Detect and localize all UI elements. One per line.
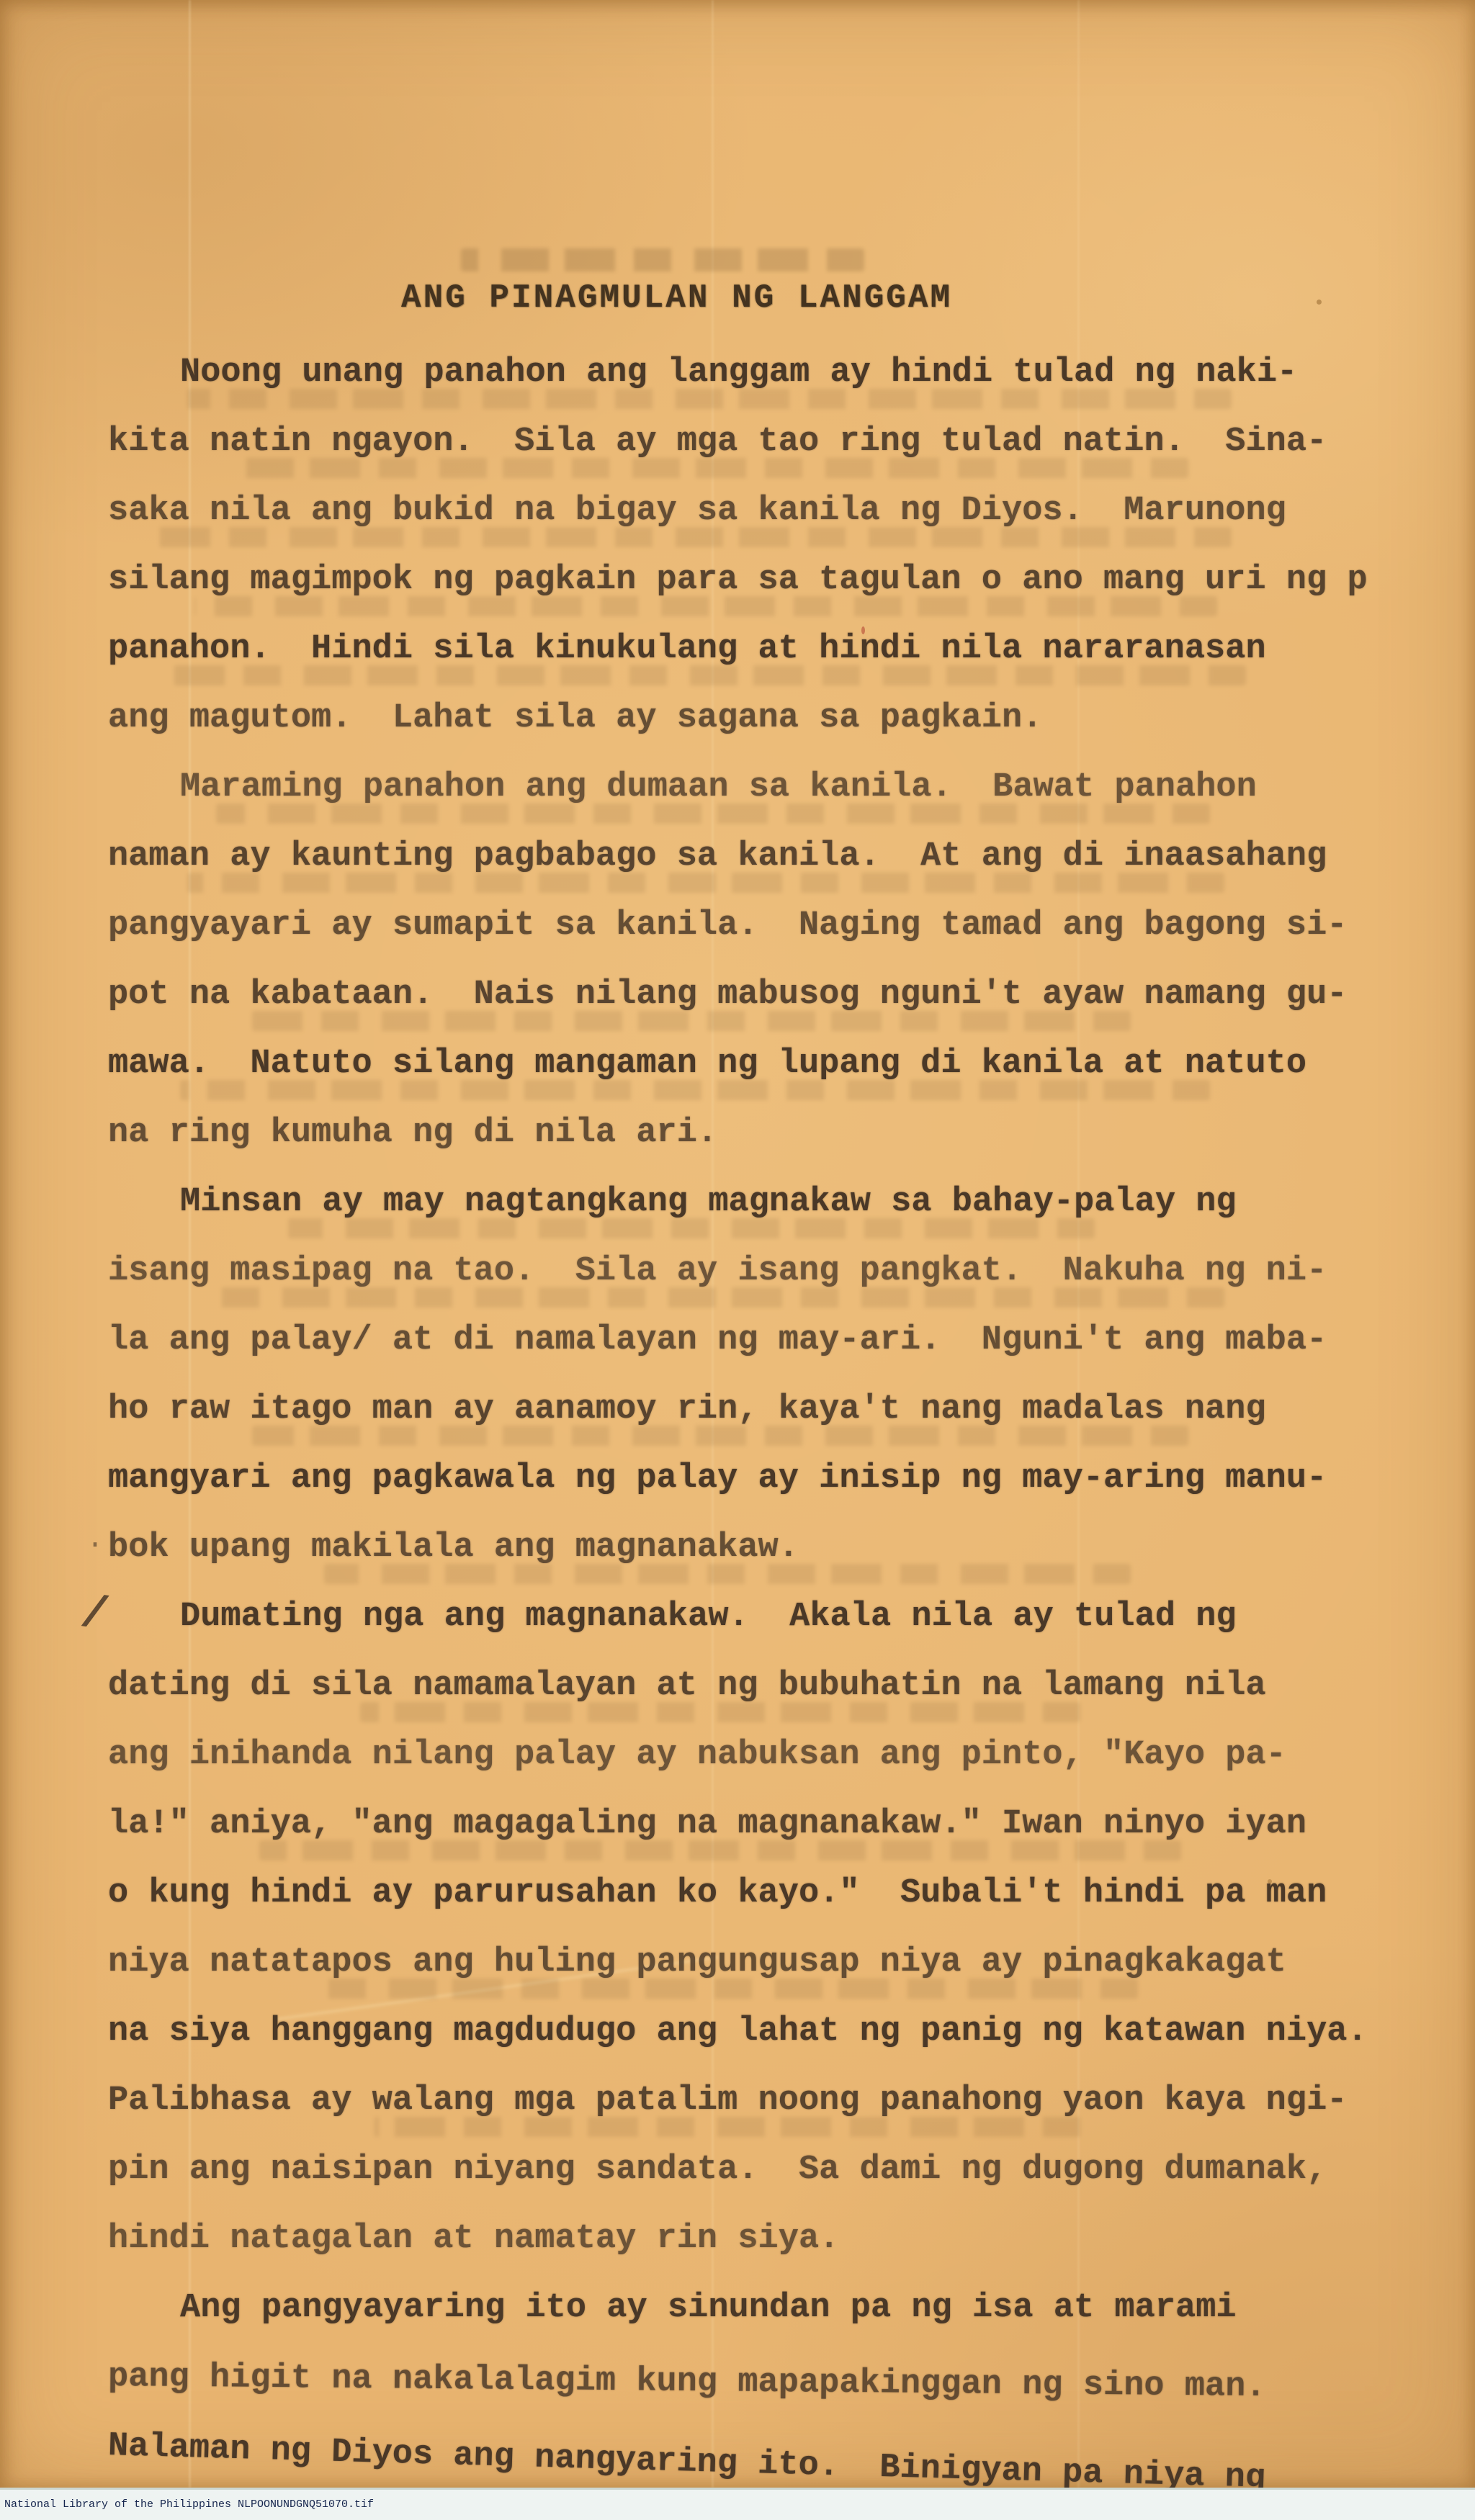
- text-line: Dumating nga ang magnanakaw. Akala nila …: [108, 1583, 1404, 1652]
- paper-speck: [1317, 300, 1322, 305]
- text-line: panahon. Hindi sila kinukulang at hindi …: [108, 615, 1404, 684]
- text-line: mawa. Natuto silang mangaman ng lupang d…: [108, 1030, 1404, 1099]
- document-body: Noong unang panahon ang langgam ay hindi…: [108, 338, 1404, 2481]
- text-line: silang magimpok ng pagkain para sa tagul…: [108, 546, 1404, 615]
- text-line: ang inihanda nilang palay ay nabuksan an…: [108, 1721, 1404, 1790]
- text-line: hindi natagalan at namatay rin siya.: [108, 2205, 1404, 2274]
- text-line: Nalaman ng Diyos ang nangyaring ito. Bin…: [107, 2412, 1405, 2488]
- text-line: la ang palay/ at di namalayan ng may-ari…: [108, 1306, 1404, 1375]
- footer-library-label: National Library of the Philippines: [4, 2490, 231, 2520]
- text-line: mangyari ang pagkawala ng palay ay inisi…: [108, 1444, 1404, 1513]
- text-line: o kung hindi ay parurusahan ko kayo." Su…: [108, 1859, 1404, 1928]
- text-line: Maraming panahon ang dumaan sa kanila. B…: [108, 753, 1404, 822]
- document-title: ANG PINAGMULAN NG LANGGAM: [401, 279, 952, 317]
- scanned-page: ANG PINAGMULAN NG LANGGAM Noong unang pa…: [0, 0, 1475, 2520]
- text-line: Noong unang panahon ang langgam ay hindi…: [108, 338, 1404, 408]
- text-line: dating di sila namamalayan at ng bubuhat…: [108, 1652, 1404, 1721]
- text-line: naman ay kaunting pagbabago sa kanila. A…: [108, 822, 1404, 891]
- footer-filename-label: NLPOONUNDGNQ51070.tif: [238, 2490, 374, 2520]
- paper-background: ANG PINAGMULAN NG LANGGAM Noong unang pa…: [0, 0, 1475, 2488]
- scanner-footer: National Library of the Philippines NLPO…: [0, 2488, 1475, 2520]
- text-line: la!" aniya, "ang magagaling na magnanaka…: [108, 1790, 1404, 1859]
- bleedthrough-line: [461, 248, 864, 271]
- text-line: kita natin ngayon. Sila ay mga tao ring …: [108, 408, 1404, 477]
- text-line: Palibhasa ay walang mga patalim noong pa…: [108, 2066, 1404, 2136]
- text-line: na siya hanggang magdudugo ang lahat ng …: [108, 1997, 1404, 2066]
- text-line: bok upang makilala ang magnanakaw.: [108, 1513, 1404, 1583]
- text-line: pangyayari ay sumapit sa kanila. Naging …: [108, 891, 1404, 960]
- text-line: ho raw itago man ay aanamoy rin, kaya't …: [108, 1375, 1404, 1444]
- text-line: pot na kabataan. Nais nilang mabusog ngu…: [108, 960, 1404, 1030]
- text-line: pang higit na nakalalagim kung mapapakin…: [108, 2343, 1405, 2424]
- margin-dot-mark: ·: [86, 1529, 104, 1562]
- text-line: isang masipag na tao. Sila ay isang pang…: [108, 1237, 1404, 1306]
- text-line: pin ang naisipan niyang sandata. Sa dami…: [108, 2136, 1404, 2205]
- text-line: ang magutom. Lahat sila ay sagana sa pag…: [108, 684, 1404, 753]
- text-line: niya natatapos ang huling pangungusap ni…: [108, 1928, 1404, 1997]
- text-line: Ang pangyayaring ito ay sinundan pa ng i…: [108, 2274, 1404, 2343]
- margin-slash-mark: /: [77, 1588, 112, 1644]
- text-line: saka nila ang bukid na bigay sa kanila n…: [108, 477, 1404, 546]
- text-line: Minsan ay may nagtangkang magnakaw sa ba…: [108, 1168, 1404, 1237]
- text-line: na ring kumuha ng di nila ari.: [108, 1099, 1404, 1168]
